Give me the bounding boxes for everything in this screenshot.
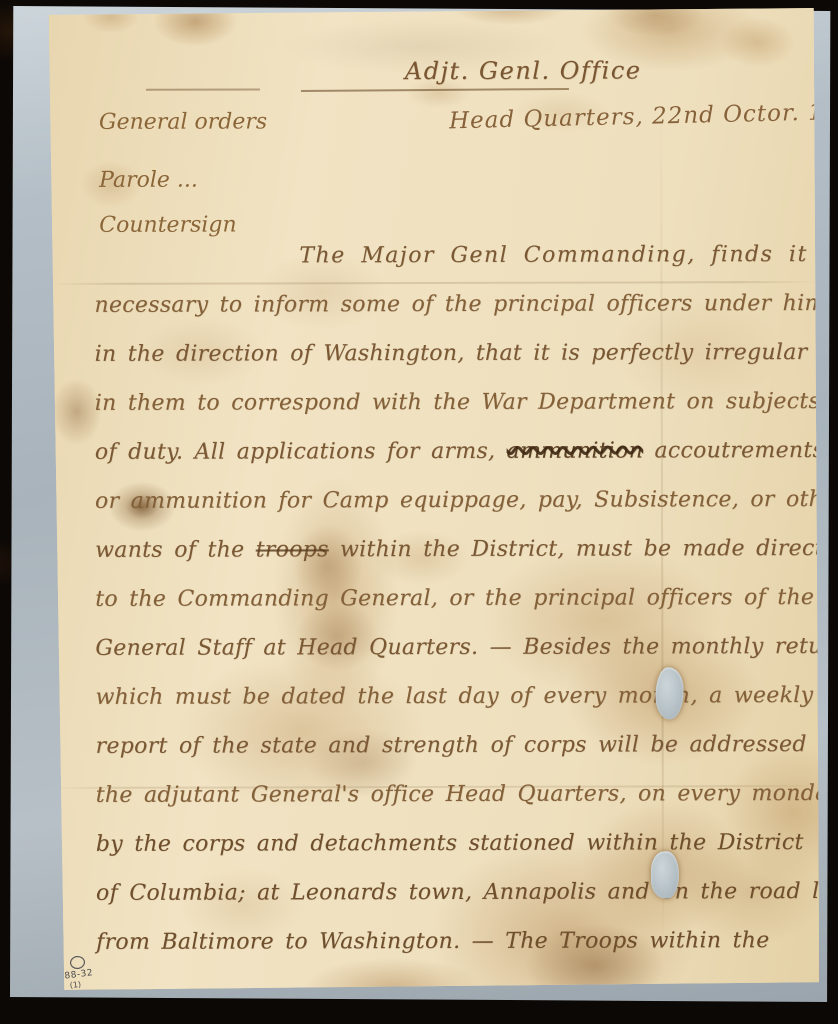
body-text: to the Commanding General, or the princi… (95, 585, 814, 612)
catalog-mark: 88-32 (1) (62, 954, 95, 990)
body-text: necessary to inform some of the principa… (94, 291, 833, 318)
margin-label-general-orders: General orders (99, 109, 267, 134)
body-line: from Baltimore to Washington. — The Troo… (96, 916, 811, 967)
body-text: General Staff at Head Quarters. — Beside… (95, 634, 838, 661)
body-line: wants of the troops within the District,… (95, 524, 810, 575)
body-text: report of the state and strength of corp… (96, 732, 838, 759)
body-text: accoutrements (643, 438, 824, 463)
body-line: in the direction of Washington, that it … (95, 328, 810, 379)
struck-word: ammunition (507, 438, 644, 463)
body-line: The Major Genl Commanding, finds it (94, 230, 809, 281)
body-text: by the corps and detachments stationed w… (96, 830, 804, 857)
body-text: of Columbia; at Leonards town, Annapolis… (96, 879, 838, 906)
margin-label-parole: Parole ... (99, 168, 198, 193)
body-text: within the District, must be made direct (329, 536, 824, 562)
body-text: in the direction of Washington, that it … (95, 340, 808, 367)
place-date-line: Head Quarters, 22nd Octor. 1814 (449, 98, 838, 134)
body-line: in them to correspond with the War Depar… (95, 377, 810, 428)
office-line-strikethrough (301, 88, 569, 92)
scan-background: Adjt. Genl. Office Head Quarters, 22nd O… (0, 0, 838, 1024)
body-text: or ammunition for Camp equippage, pay, S… (95, 487, 838, 514)
catalog-stamp-circle-icon (69, 955, 86, 970)
body-lines: The Major Genl Commanding, finds itneces… (94, 230, 811, 967)
blank-rule-line (146, 88, 260, 90)
body-line: necessary to inform some of the principa… (94, 279, 809, 330)
body-text: of duty. All applications for arms, (95, 439, 507, 465)
body-line: which must be dated the last day of ever… (95, 671, 810, 722)
body-text: which must be dated the last day of ever… (95, 683, 813, 710)
paper-hole-upper (655, 667, 683, 719)
catalog-copy-number: (1) (69, 978, 95, 990)
body-line: of Columbia; at Leonards town, Annapolis… (96, 867, 811, 918)
body-line: to the Commanding General, or the princi… (95, 573, 810, 624)
body-text: the adjutant General's office Head Quart… (96, 781, 838, 808)
body-line: the adjutant General's office Head Quart… (96, 769, 811, 820)
paper-hole-lower (651, 851, 679, 898)
body-text: wants of the (95, 537, 256, 562)
body-text: The Major Genl Commanding, finds it (299, 242, 807, 268)
body-text: from Baltimore to Washington. — The Troo… (96, 928, 769, 955)
body-text: in them to correspond with the War Depar… (95, 389, 820, 416)
office-line: Adjt. Genl. Office (405, 56, 642, 85)
letter-page: Adjt. Genl. Office Head Quarters, 22nd O… (49, 8, 820, 990)
body-line: of duty. All applications for arms, ammu… (95, 426, 810, 477)
body-line: report of the state and strength of corp… (96, 720, 811, 771)
struck-word: troops (256, 537, 329, 562)
body-line: by the corps and detachments stationed w… (96, 818, 811, 869)
body-line: General Staff at Head Quarters. — Beside… (95, 622, 810, 673)
body-line: or ammunition for Camp equippage, pay, S… (95, 475, 810, 526)
